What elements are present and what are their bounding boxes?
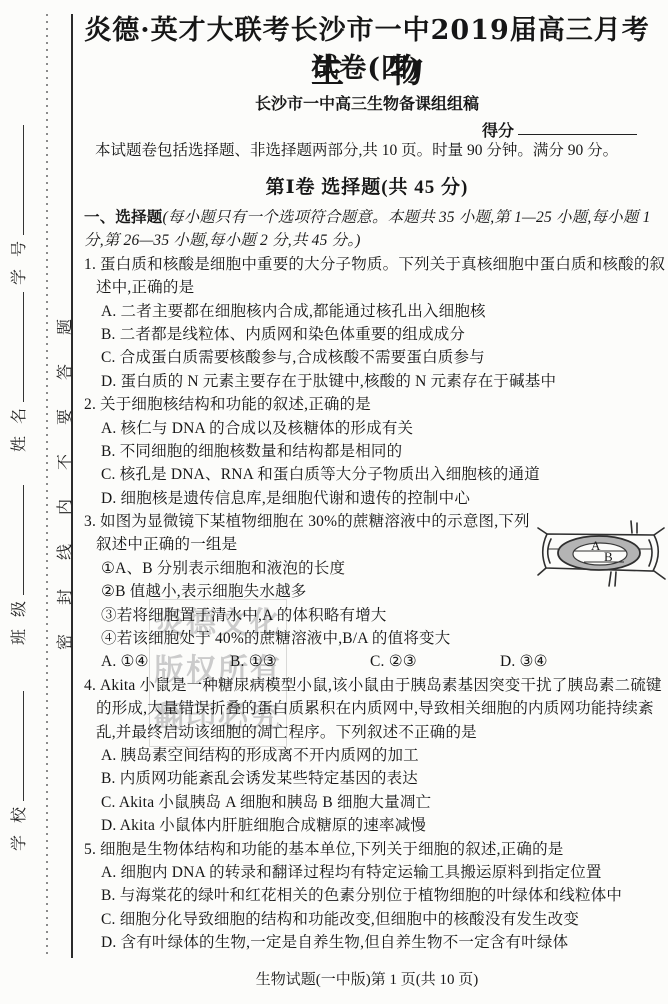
name-label: 姓名 xyxy=(11,396,28,452)
q4-option-a: A. 胰岛素空间结构的形成离不开内质网的加工 xyxy=(84,744,650,767)
seal-dotted-line xyxy=(46,14,48,958)
figure-label-b: B xyxy=(604,549,613,564)
student-number-field: 学号 xyxy=(6,107,28,285)
seal-line-text: 密封线内不要答题 xyxy=(52,294,74,650)
section1-intro-line1: 一、选择题(每小题只有一个选项符合题意。本题共 35 小题,第 1—25 小题,… xyxy=(84,206,650,229)
section1-intro-part1: (每小题只有一个选项符合题意。本题共 35 小题,第 1—25 小题,每小题 1 xyxy=(163,209,651,226)
section1-heading: 一、选择题 xyxy=(84,209,163,226)
figure-label-a: A xyxy=(591,538,601,553)
q2-number: 2. xyxy=(84,396,96,413)
q5-stem-line: 5.细胞是生物体结构和功能的基本单位,下列关于细胞的叙述,正确的是 xyxy=(84,838,650,861)
prepared-by-line: 长沙市一中高三生物备课组组稿 xyxy=(84,94,650,118)
q1-stem-line1: 1.蛋白质和核酸是细胞中重要的大分子物质。下列关于真核细胞中蛋白质和核酸的叙 xyxy=(84,253,650,276)
school-label: 学校 xyxy=(11,795,28,851)
student-number-blank xyxy=(10,125,24,235)
q5-option-a: A. 细胞内 DNA 的转录和翻译过程均有特定运输工具搬运原料到指定位置 xyxy=(84,861,650,884)
q4-option-b: B. 内质网功能紊乱会诱发某些特定基因的表达 xyxy=(84,767,650,790)
q4-stem-line3: 乱,并最终启动该细胞的凋亡程序。下列叙述不正确的是 xyxy=(84,721,650,744)
page-footer: 生物试题(一中版)第 1 页(共 10 页) xyxy=(84,968,650,989)
q1-option-c: C. 合成蛋白质需要核酸参与,合成核酸不需要蛋白质参与 xyxy=(84,346,650,369)
q2-option-b: B. 不同细胞的细胞核数量和结构都是相同的 xyxy=(84,440,650,463)
q2-option-a: A. 核仁与 DNA 的合成以及核糖体的形成有关 xyxy=(84,417,650,440)
q5-option-b: B. 与海棠花的绿叶和红花相关的色素分别位于植物细胞的叶绿体和线粒体中 xyxy=(84,884,650,907)
q3-item-4: ④若该细胞处于 40%的蔗糖溶液中,B/A 的值将变大 xyxy=(84,627,650,650)
exam-paper-page: 学号 姓名 班级 学校 密封线内不要答题 炎德文化 版权所有 翻印必究 炎德·英… xyxy=(0,0,668,1004)
q3-answer-a: A. ①④ xyxy=(101,650,149,673)
school-blank xyxy=(10,691,24,801)
score-row: 得分 xyxy=(84,118,650,138)
q2-option-c: C. 核孔是 DNA、RNA 和蛋白质等大分子物质出入细胞核的通道 xyxy=(84,463,650,486)
q1-option-d: D. 蛋白质的 N 元素主要存在于肽键中,核酸的 N 元素存在于碱基中 xyxy=(84,370,650,393)
q4-number: 4. xyxy=(84,677,96,694)
name-field: 姓名 xyxy=(6,274,28,452)
q3-answer-b: B. ①③ xyxy=(230,650,277,673)
q5-option-c: C. 细胞分化导致细胞的结构和功能改变,但细胞中的核酸没有发生改变 xyxy=(84,908,650,931)
score-blank-line xyxy=(518,134,637,135)
score-label: 得分 xyxy=(482,118,514,141)
q1-number: 1. xyxy=(84,256,96,273)
class-blank xyxy=(10,485,24,595)
q1-stem-line2: 述中,正确的是 xyxy=(84,276,650,299)
q1-option-b: B. 二者都是线粒体、内质网和染色体重要的组成成分 xyxy=(84,323,650,346)
name-blank xyxy=(10,292,24,402)
q1-stem-text1: 蛋白质和核酸是细胞中重要的大分子物质。下列关于真核细胞中蛋白质和核酸的叙 xyxy=(100,256,665,273)
school-field: 学校 xyxy=(6,673,28,851)
section1-intro-line2: 分,第 26—35 小题,每小题 2 分,共 45 分。) xyxy=(84,229,650,252)
q4-stem-text1: Akita 小鼠是一种糖尿病模型小鼠,该小鼠由于胰岛素基因突变干扰了胰岛素二硫键 xyxy=(100,677,662,694)
q3-item-3: ③若将细胞置于清水中,A 的体积略有增大 xyxy=(84,604,650,627)
class-label: 班级 xyxy=(11,589,28,645)
exam-series-title: 炎德·英才大联考长沙市一中2019届高三月考试卷(四) xyxy=(84,0,650,50)
q2-stem-line: 2.关于细胞核结构和功能的叙述,正确的是 xyxy=(84,393,650,416)
subject-title: 生物 xyxy=(84,50,650,94)
plant-cell-diagram: A B xyxy=(536,518,668,590)
q3-answer-row: A. ①④ B. ①③ C. ②③ D. ③④ xyxy=(84,650,650,673)
section-title: 第Ⅰ卷 选择题(共 45 分) xyxy=(84,164,650,206)
q3-answer-d: D. ③④ xyxy=(500,650,548,673)
q5-stem-text: 细胞是生物体结构和功能的基本单位,下列关于细胞的叙述,正确的是 xyxy=(100,841,563,858)
q1-option-a: A. 二者主要都在细胞核内合成,都能通过核孔出入细胞核 xyxy=(84,300,650,323)
q2-stem-text: 关于细胞核结构和功能的叙述,正确的是 xyxy=(100,396,371,413)
q3-stem-text1: 如图为显微镜下某植物细胞在 30%的蔗糖溶液中的示意图,下列 xyxy=(100,513,530,530)
q3-number: 3. xyxy=(84,513,96,530)
q5-number: 5. xyxy=(84,841,96,858)
q3-plant-cell-figure: A B xyxy=(536,518,668,590)
subject-char-2: 物 xyxy=(390,52,423,89)
q3-answer-c: C. ②③ xyxy=(370,650,417,673)
paper-note: 本试题卷包括选择题、非选择题两部分,共 10 页。时量 90 分钟。满分 90 … xyxy=(84,138,650,164)
q4-option-d: D. Akita 小鼠体内肝脏细胞合成糖原的速率减慢 xyxy=(84,814,650,837)
q2-option-d: D. 细胞核是遗传信息库,是细胞代谢和遗传的控制中心 xyxy=(84,487,650,510)
subject-char-1: 生 xyxy=(311,52,344,89)
q4-stem-line2: 的形成,大量错误折叠的蛋白质累积在内质网中,导致相关细胞的内质网功能持续紊 xyxy=(84,697,650,720)
main-content: 炎德·英才大联考长沙市一中2019届高三月考试卷(四) 生物 长沙市一中高三生物… xyxy=(84,0,650,955)
class-field: 班级 xyxy=(6,467,28,645)
q5-option-d: D. 含有叶绿体的生物,一定是自养生物,但自养生物不一定含有叶绿体 xyxy=(84,931,650,954)
q4-stem-line1: 4.Akita 小鼠是一种糖尿病模型小鼠,该小鼠由于胰岛素基因突变干扰了胰岛素二… xyxy=(84,674,650,697)
q4-option-c: C. Akita 小鼠胰岛 A 细胞和胰岛 B 细胞大量凋亡 xyxy=(84,791,650,814)
